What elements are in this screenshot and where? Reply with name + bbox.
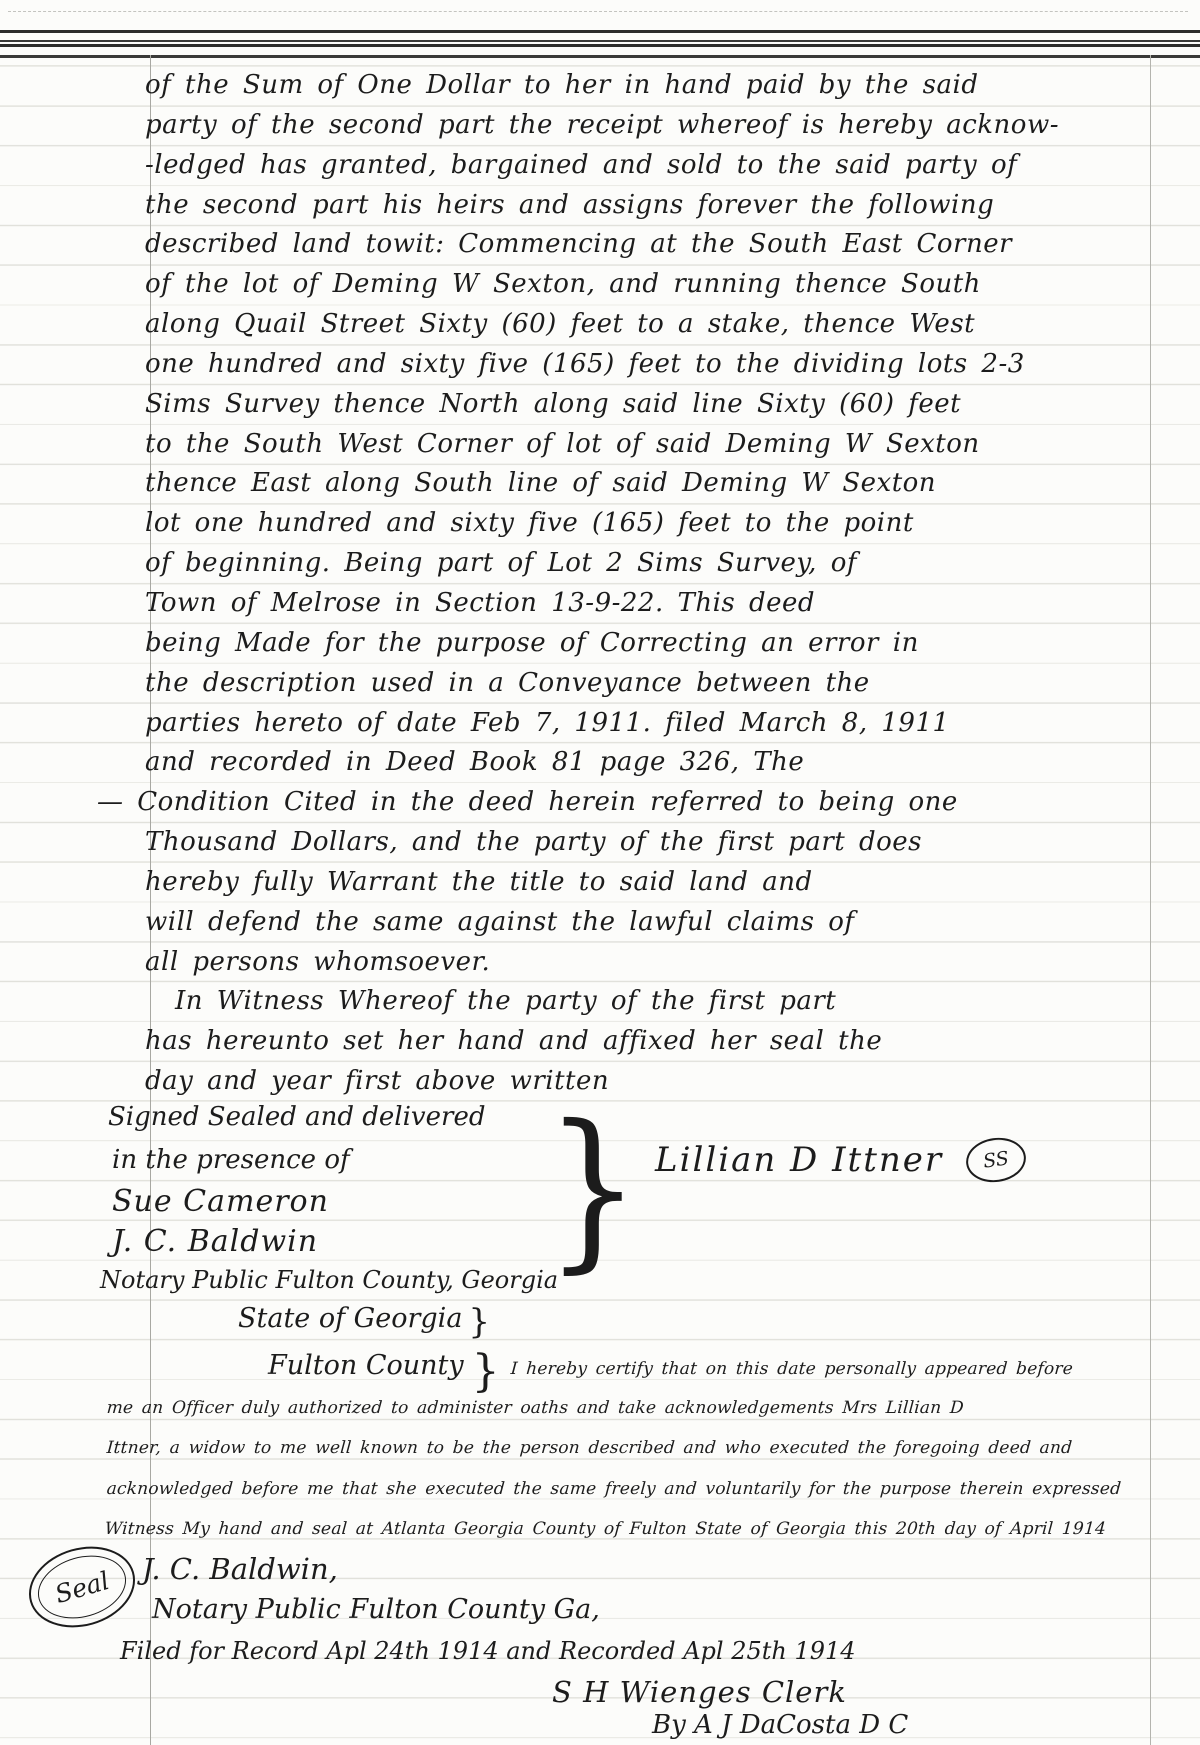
fulton-county-text: Fulton County — [268, 1350, 464, 1381]
ss-seal-text: SS — [982, 1147, 1011, 1172]
filed-for-record-line: Filed for Record Apl 24th 1914 and Recor… — [120, 1637, 856, 1665]
handwritten-line: In Witness Whereof the party of the firs… — [145, 982, 1145, 1022]
handwritten-line: parties hereto of date Feb 7, 1911. file… — [145, 704, 1145, 744]
handwritten-line: one hundred and sixty five (165) feet to… — [145, 345, 1145, 385]
state-brace: } — [468, 1302, 490, 1342]
deed-body-text: of the Sum of One Dollar to her in hand … — [145, 66, 1145, 1102]
ss-seal-mark: SS — [963, 1134, 1029, 1186]
witness-title-line: Notary Public Fulton County, Georgia — [100, 1266, 558, 1294]
clerk-signature: S H Wienges Clerk — [552, 1675, 847, 1709]
presence-line: in the presence of — [112, 1145, 350, 1175]
notary-signature: J. C. Baldwin, — [142, 1552, 338, 1586]
right-margin-line — [1150, 55, 1151, 1745]
handwritten-line: Sims Survey thence North along said line… — [145, 385, 1145, 425]
handwritten-line: -ledged has granted, bargained and sold … — [145, 146, 1145, 186]
grantor-signature: Lillian D Ittner — [655, 1140, 943, 1180]
handwritten-line: has hereunto set her hand and affixed he… — [145, 1022, 1145, 1062]
handwritten-line: described land towit: Commencing at the … — [145, 225, 1145, 265]
handwritten-line: being Made for the purpose of Correcting… — [145, 624, 1145, 664]
handwritten-line: party of the second part the receipt whe… — [145, 106, 1145, 146]
handwritten-line: and recorded in Deed Book 81 page 326, T… — [145, 743, 1145, 783]
state-of-georgia-text: State of Georgia — [238, 1303, 462, 1334]
handwritten-line: day and year first above written — [145, 1062, 1145, 1102]
handwritten-line: will defend the same against the lawful … — [145, 903, 1145, 943]
handwritten-line: Town of Melrose in Section 13-9-22. This… — [145, 584, 1145, 624]
handwritten-line: lot one hundred and sixty five (165) fee… — [145, 504, 1145, 544]
handwritten-line: the description used in a Conveyance bet… — [145, 664, 1145, 704]
handwritten-line: — Condition Cited in the deed herein ref… — [97, 783, 1145, 823]
top-double-rule-2 — [0, 44, 1200, 58]
handwritten-line: to the South West Corner of lot of said … — [145, 425, 1145, 465]
signed-sealed-line: Signed Sealed and delivered — [108, 1102, 485, 1132]
jurat-line-1: me an Officer duly authorized to adminis… — [106, 1398, 964, 1418]
county-brace: } — [472, 1346, 500, 1397]
deputy-clerk-line: By A J DaCosta D C — [652, 1710, 908, 1740]
attestation-brace: } — [545, 1103, 640, 1276]
handwritten-line: of the Sum of One Dollar to her in hand … — [145, 66, 1145, 106]
jurat-line-4: Witness My hand and seal at Atlanta Geor… — [104, 1519, 1107, 1539]
certify-intro-text: I hereby certify that on this date perso… — [510, 1359, 1074, 1379]
handwritten-line: of beginning. Being part of Lot 2 Sims S… — [145, 544, 1145, 584]
handwritten-line: hereby fully Warrant the title to said l… — [145, 863, 1145, 903]
top-double-rule-1 — [0, 30, 1200, 42]
witness-signature-jc-baldwin: J. C. Baldwin — [112, 1224, 318, 1259]
notary-seal-flourish: Seal — [19, 1535, 144, 1640]
handwritten-line: of the lot of Deming W Sexton, and runni… — [145, 265, 1145, 305]
jurat-county-line: Fulton County}I hereby certify that on t… — [268, 1346, 1072, 1397]
handwritten-line: along Quail Street Sixty (60) feet to a … — [145, 305, 1145, 345]
witness-signature-sue-cameron: Sue Cameron — [112, 1184, 329, 1219]
notary-title-line: Notary Public Fulton County Ga, — [152, 1594, 600, 1625]
deed-record-page: of the Sum of One Dollar to her in hand … — [0, 0, 1200, 1745]
jurat-line-3: acknowledged before me that she executed… — [106, 1479, 1122, 1499]
jurat-line-2: Ittner, a widow to me well known to be t… — [106, 1438, 1073, 1458]
handwritten-line: thence East along South line of said Dem… — [145, 464, 1145, 504]
jurat-state-line: State of Georgia} — [238, 1302, 490, 1342]
notary-seal-label: Seal — [30, 1546, 133, 1628]
handwritten-line: the second part his heirs and assigns fo… — [145, 186, 1145, 226]
handwritten-line: Thousand Dollars, and the party of the f… — [145, 823, 1145, 863]
top-dotted-rule — [8, 11, 1188, 12]
handwritten-line: all persons whomsoever. — [145, 943, 1145, 983]
